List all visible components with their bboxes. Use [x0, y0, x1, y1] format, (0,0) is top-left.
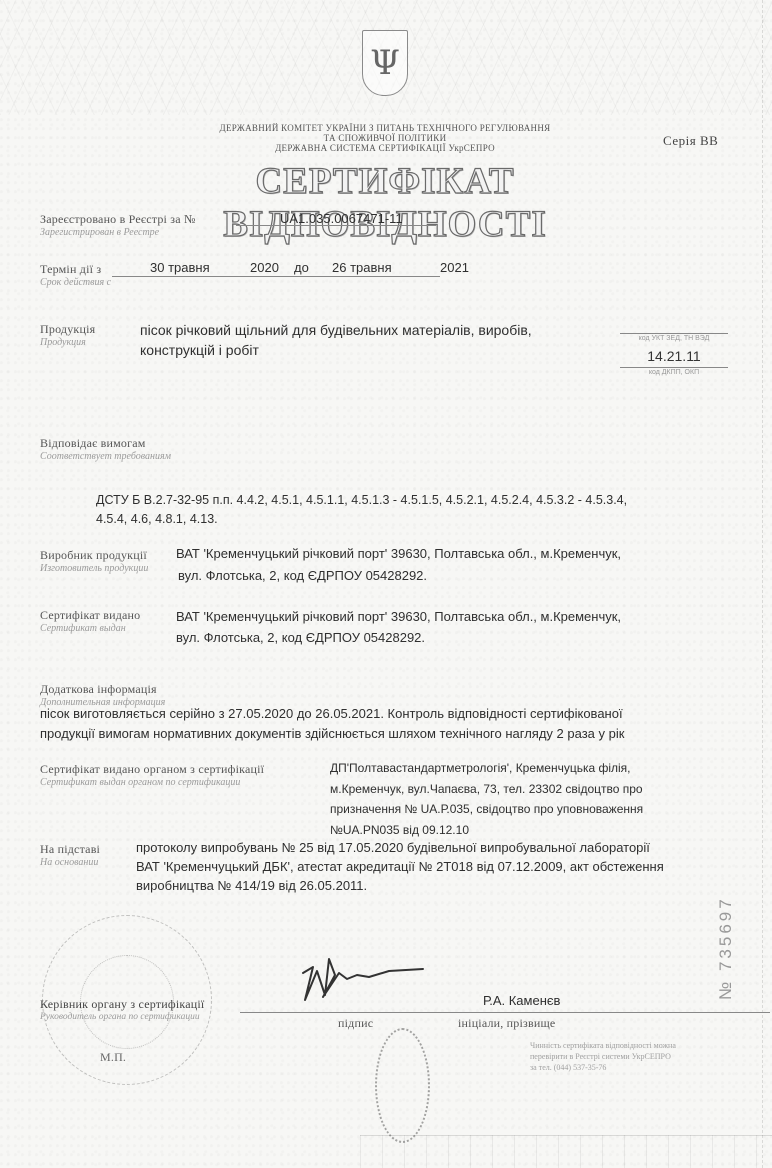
requirements-line-1: ДСТУ Б В.2.7-32-95 п.п. 4.4.2, 4.5.1, 4.…: [96, 491, 627, 510]
issuing-body-line-2: м.Кременчук, вул.Чапаєва, 73, тел. 23302…: [330, 779, 643, 800]
code-bottom-label: код ДКПП, ОКП: [620, 367, 728, 376]
requirements-label-ru: Соответствует требованиям: [40, 451, 171, 462]
bottom-ornament: [360, 1135, 772, 1168]
signer-name: Р.А. Каменєв: [483, 991, 560, 1010]
validity-to-word: до: [294, 258, 309, 277]
registry-label: Зареєстровано в Реєстрі за №: [40, 212, 196, 227]
requirements-text: ДСТУ Б В.2.7-32-95 п.п. 4.4.2, 4.5.1, 4.…: [96, 491, 627, 529]
gov-line-2: ТА СПОЖИВЧОЇ ПОЛІТИКИ: [150, 133, 620, 143]
basis-label: На підставі: [40, 842, 100, 857]
issuing-body-line-4: №UA.PN035 від 09.12.10: [330, 820, 643, 841]
verification-note: Чинність сертифіката відповідності можна…: [530, 1040, 676, 1073]
additional-text: пісок виготовляється серійно з 27.05.202…: [40, 704, 624, 744]
manufacturer-label-ru: Изготовитель продукции: [40, 563, 148, 574]
note-line-1: Чинність сертифіката відповідності можна: [530, 1040, 676, 1051]
manufacturer-line-1: ВАТ 'Кременчуцький річковий порт' 39630,…: [176, 543, 621, 565]
valid-from-year: 2020: [250, 258, 279, 277]
certificate-title: СЕРТИФІКАТ ВІДПОВІДНОСТІ: [115, 160, 655, 246]
manufacturer-label-group: Виробник продукції Изготовитель продукци…: [40, 548, 148, 574]
product-line-1: пісок річковий щільний для будівельних м…: [140, 320, 532, 340]
valid-to-date: 26 травня: [332, 258, 392, 277]
basis-label-group: На підставі На основании: [40, 842, 100, 868]
product-code: 14.21.11: [620, 348, 728, 364]
head-of-body-label-ru: Руководитель органа по сертификации: [40, 1012, 204, 1022]
product-line-2: конструкцій і робіт: [140, 340, 532, 360]
validity-label-group: Термін дії з Срок действия с: [40, 262, 111, 288]
requirements-label-group: Відповідає вимогам Соответствует требова…: [40, 436, 171, 462]
product-code-box: код УКТ ЗЕД, ТН ВЭД 14.21.11 код ДКПП, О…: [620, 333, 728, 376]
product-label-group: Продукція Продукция: [40, 322, 95, 348]
validity-label-ru: Срок действия с: [40, 277, 111, 288]
registry-label-group: Зареєстровано в Реєстрі за № Зарегистрир…: [40, 212, 196, 238]
registry-number: UA1.035.0067471-11: [280, 209, 403, 228]
validity-label: Термін дії з: [40, 262, 111, 277]
basis-line-1: протоколу випробувань № 25 від 17.05.202…: [136, 838, 664, 857]
serial-number: № 735697: [716, 896, 736, 1000]
note-line-2: перевірити в Реєстрі системи УкрСЕПРО: [530, 1051, 676, 1062]
basis-line-2: ВАТ 'Кременчуцький ДБК', атестат акредит…: [136, 857, 664, 876]
issued-to-label-group: Сертифікат видано Сертификат выдан: [40, 608, 140, 634]
additional-line-1: пісок виготовляється серійно з 27.05.202…: [40, 704, 624, 724]
manufacturer-label: Виробник продукції: [40, 548, 148, 563]
serial-number-text: № 735697: [716, 896, 736, 1000]
stamp-place-label: М.П.: [100, 1050, 126, 1065]
additional-label: Додаткова інформація: [40, 682, 165, 697]
series-label: Серія ВВ: [663, 133, 718, 149]
issuing-body-line-1: ДП'Полтавастандартметрологія', Кременчуц…: [330, 758, 643, 779]
registry-label-ru: Зарегистрирован в Реестре: [40, 227, 196, 238]
additional-line-2: продукції вимогам нормативних документів…: [40, 724, 624, 744]
issuing-body-line-3: призначення № UA.Р.035, свідоцтво про уп…: [330, 799, 643, 820]
gov-line-1: ДЕРЖАВНИЙ КОМІТЕТ УКРАЇНИ З ПИТАНЬ ТЕХНІ…: [150, 123, 620, 133]
product-label-ru: Продукция: [40, 337, 95, 348]
signature-caption: підпис: [338, 1016, 373, 1031]
head-label-group: Керівник органу з сертифікації Руководит…: [40, 997, 204, 1022]
code-top-label: код УКТ ЗЕД, ТН ВЭД: [620, 333, 728, 342]
head-of-body-label: Керівник органу з сертифікації: [40, 997, 204, 1012]
valid-from-date: 30 травня: [150, 258, 210, 277]
issued-to-line-1: ВАТ 'Кременчуцький річковий порт' 39630,…: [176, 606, 621, 627]
signature-underline: [240, 1012, 770, 1013]
issuing-body-text: ДП'Полтавастандартметрологія', Кременчуц…: [330, 758, 643, 840]
issued-to-label-ru: Сертификат выдан: [40, 623, 140, 634]
hologram-stamp: [375, 1028, 430, 1143]
signer-name-caption: ініціали, прізвище: [458, 1016, 555, 1031]
issued-to-line-2: вул. Флотська, 2, код ЄДРПОУ 05428292.: [176, 627, 621, 648]
product-description: пісок річковий щільний для будівельних м…: [140, 320, 532, 360]
issued-to-text: ВАТ 'Кременчуцький річковий порт' 39630,…: [176, 606, 621, 648]
gov-line-3: ДЕРЖАВНА СИСТЕМА СЕРТИФІКАЦІЇ УкрСЕПРО: [150, 143, 620, 153]
issued-to-label: Сертифікат видано: [40, 608, 140, 623]
basis-line-3: виробництва № 414/19 від 26.05.2011.: [136, 876, 664, 895]
requirements-line-2: 4.5.4, 4.6, 4.8.1, 4.13.: [96, 510, 627, 529]
manufacturer-text: ВАТ 'Кременчуцький річковий порт' 39630,…: [176, 543, 621, 587]
right-edge-perforation: [762, 0, 764, 1168]
requirements-label: Відповідає вимогам: [40, 436, 171, 451]
trident-emblem-icon: Ψ: [362, 30, 408, 96]
signature-scribble-icon: [295, 945, 425, 1015]
basis-text: протоколу випробувань № 25 від 17.05.202…: [136, 838, 664, 895]
basis-label-ru: На основании: [40, 857, 100, 868]
issuing-body-label-ru: Сертификат выдан органом по сертификации: [40, 777, 264, 788]
product-label: Продукція: [40, 322, 95, 337]
issuing-body-label: Сертифікат видано органом з сертифікації: [40, 762, 264, 777]
government-header: ДЕРЖАВНИЙ КОМІТЕТ УКРАЇНИ З ПИТАНЬ ТЕХНІ…: [150, 123, 620, 153]
note-line-3: за тел. (044) 537-35-76: [530, 1062, 676, 1073]
manufacturer-line-2: вул. Флотська, 2, код ЄДРПОУ 05428292.: [176, 565, 621, 587]
issuing-body-label-group: Сертифікат видано органом з сертифікації…: [40, 762, 264, 788]
valid-to-year: 2021: [440, 258, 469, 277]
